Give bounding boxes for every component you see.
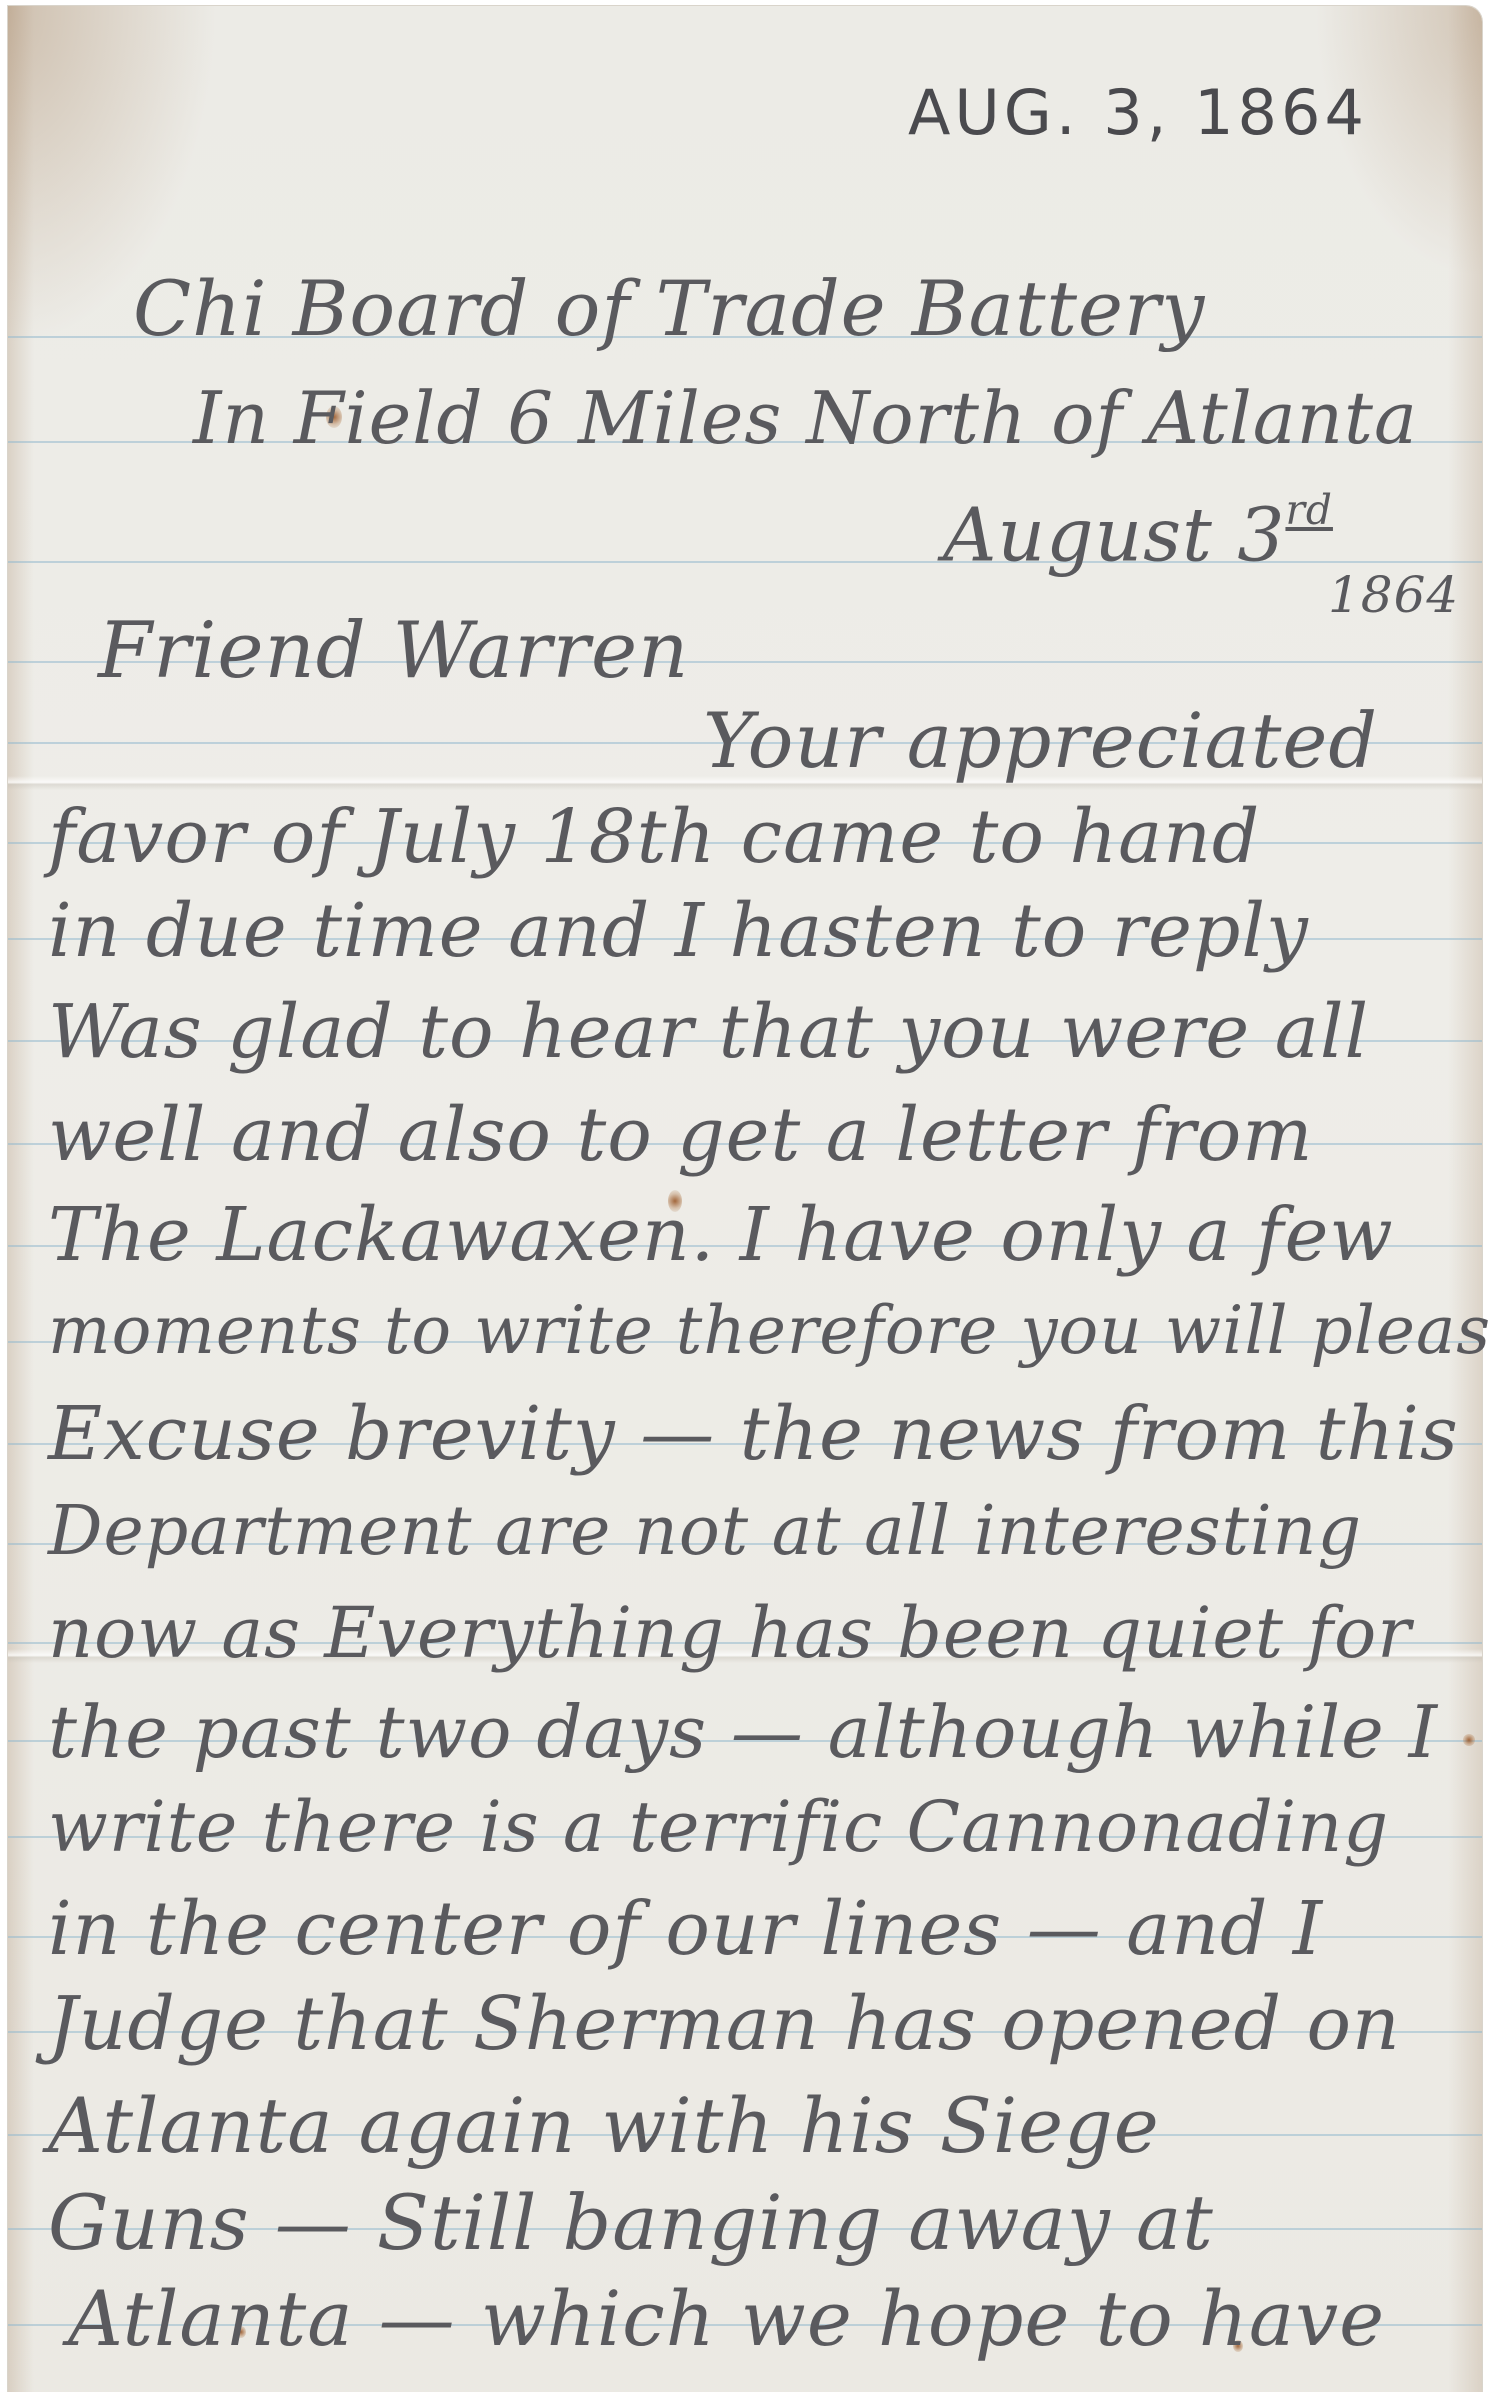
letter-body-line: Atlanta — which we hope to have — [68, 2274, 1385, 2363]
letter-heading-unit: Chi Board of Trade Battery — [133, 264, 1205, 353]
letter-date: August 3rd — [943, 486, 1333, 579]
letter-body-line: Department are not at all interesting — [48, 1492, 1362, 1571]
letter-body-line: Guns — Still banging away at — [48, 2178, 1214, 2267]
letter-body-line: now as Everything has been quiet for — [48, 1592, 1412, 1674]
letter-body-line: write there is a terrific Cannonading — [48, 1786, 1389, 1868]
letter-body-line: Excuse brevity — the news from this — [48, 1391, 1459, 1477]
letter-body-line: moments to write therefore you will plea… — [48, 1292, 1492, 1369]
letter-salutation: Friend Warren — [98, 606, 689, 696]
letter-body-line: Judge that Sherman has opened on — [48, 1981, 1401, 2067]
letter-date-year: 1864 — [1328, 566, 1459, 624]
date-annotation: AUG. 3, 1864 — [908, 76, 1368, 149]
letter-page: AUG. 3, 1864 Chi Board of Trade Battery … — [8, 6, 1482, 2392]
foxing-stain — [1463, 1734, 1475, 1746]
letter-body-line: well and also to get a letter from — [48, 1092, 1313, 1178]
letter-body-line: Was glad to hear that you were all — [48, 989, 1369, 1075]
letter-heading-location: In Field 6 Miles North of Atlanta — [193, 376, 1418, 460]
letter-body-line: the past two days — although while I — [48, 1690, 1438, 1774]
letter-body-line: Atlanta again with his Siege — [48, 2081, 1160, 2170]
letter-date-ordinal: rd — [1285, 486, 1333, 534]
letter-body-line: in due time and I hasten to reply — [48, 888, 1309, 974]
letter-body-line: Your appreciated — [703, 696, 1378, 785]
letter-body-line: favor of July 18th came to hand — [48, 794, 1260, 880]
letter-date-month-day: August 3 — [943, 493, 1285, 579]
letter-body-line: The Lackawaxen. I have only a few — [48, 1192, 1394, 1278]
letter-body-line: in the center of our lines — and I — [48, 1886, 1323, 1972]
